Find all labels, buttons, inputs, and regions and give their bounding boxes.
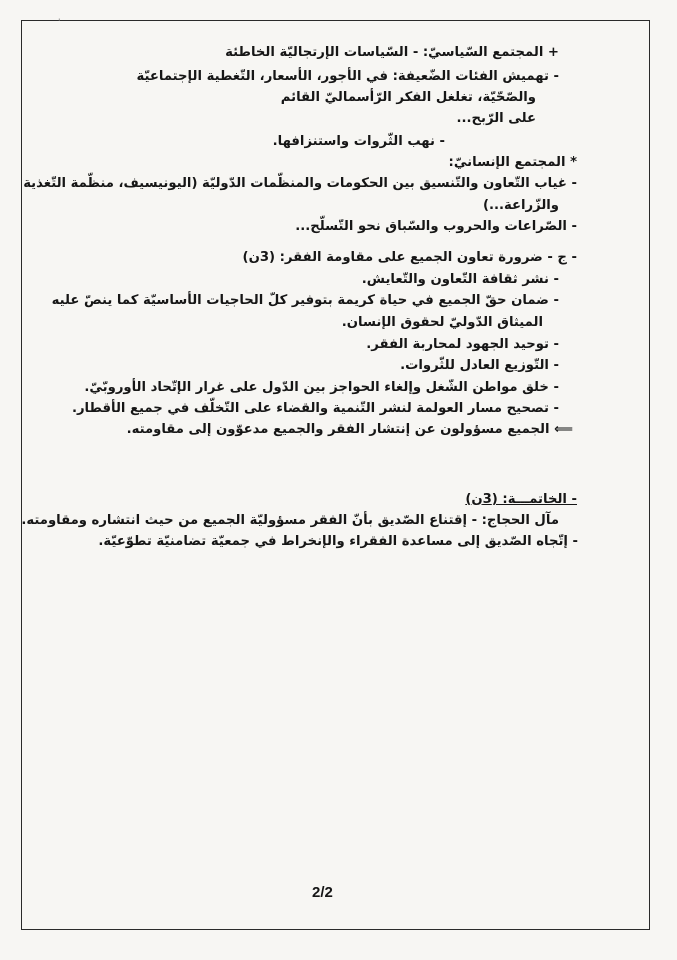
text-line: - نشر ثقافة التّعاون والتّعايش. xyxy=(362,271,559,289)
text-line: - التّوزيع العادل للثّروات. xyxy=(400,357,559,375)
page-number: 2/2 xyxy=(312,884,333,901)
text-line: والصّحّيّة، تغلغل الفكر الرّأسماليّ القا… xyxy=(281,89,536,107)
text-line: ⟸ الجميع مسؤولون عن إنتشار الفقر والجميع… xyxy=(127,421,573,439)
text-line: - ج - ضرورة تعاون الجميع على مقاومة الفق… xyxy=(243,249,577,267)
text-line: - تصحيح مسار العولمة لنشر التّنمية والقض… xyxy=(72,400,559,418)
text-line: + المجتمع السّياسيّ: - السّياسات الإرتجا… xyxy=(225,44,559,62)
scan-mark: ' xyxy=(58,18,60,28)
text-line: - الخاتمـــة: (3ن) xyxy=(465,491,577,509)
text-line: على الرّبح... xyxy=(457,110,537,128)
text-line: * المجتمع الإنسانيّ: xyxy=(449,154,577,172)
text-line: مآل الحجاج: - إقتناع الصّديق بأنّ الفقر … xyxy=(21,512,559,530)
text-line: - توحيد الجهود لمحاربة الفقر. xyxy=(366,336,559,354)
text-line: - تهميش الفئات الضّعيفة: في الأجور، الأس… xyxy=(136,68,559,86)
text-line: - خلق مواطن الشّغل وإلغاء الحواجز بين ال… xyxy=(84,379,559,397)
text-line: - الصّراعات والحروب والسّباق نحو التّسلّ… xyxy=(295,218,577,236)
text-line: - إتّجاه الصّديق إلى مساعدة الفقراء والإ… xyxy=(98,533,578,551)
text-line: - نهب الثّروات واستنزافها. xyxy=(273,133,445,151)
text-line: الميثاق الدّوليّ لحقوق الإنسان. xyxy=(342,314,543,332)
text-line: - غياب التّعاون والتّنسيق بين الحكومات و… xyxy=(23,175,577,193)
text-line: والزّراعة...) xyxy=(483,197,559,215)
text-line: - ضمان حقّ الجميع في حياة كريمة بتوفير ك… xyxy=(52,292,559,310)
